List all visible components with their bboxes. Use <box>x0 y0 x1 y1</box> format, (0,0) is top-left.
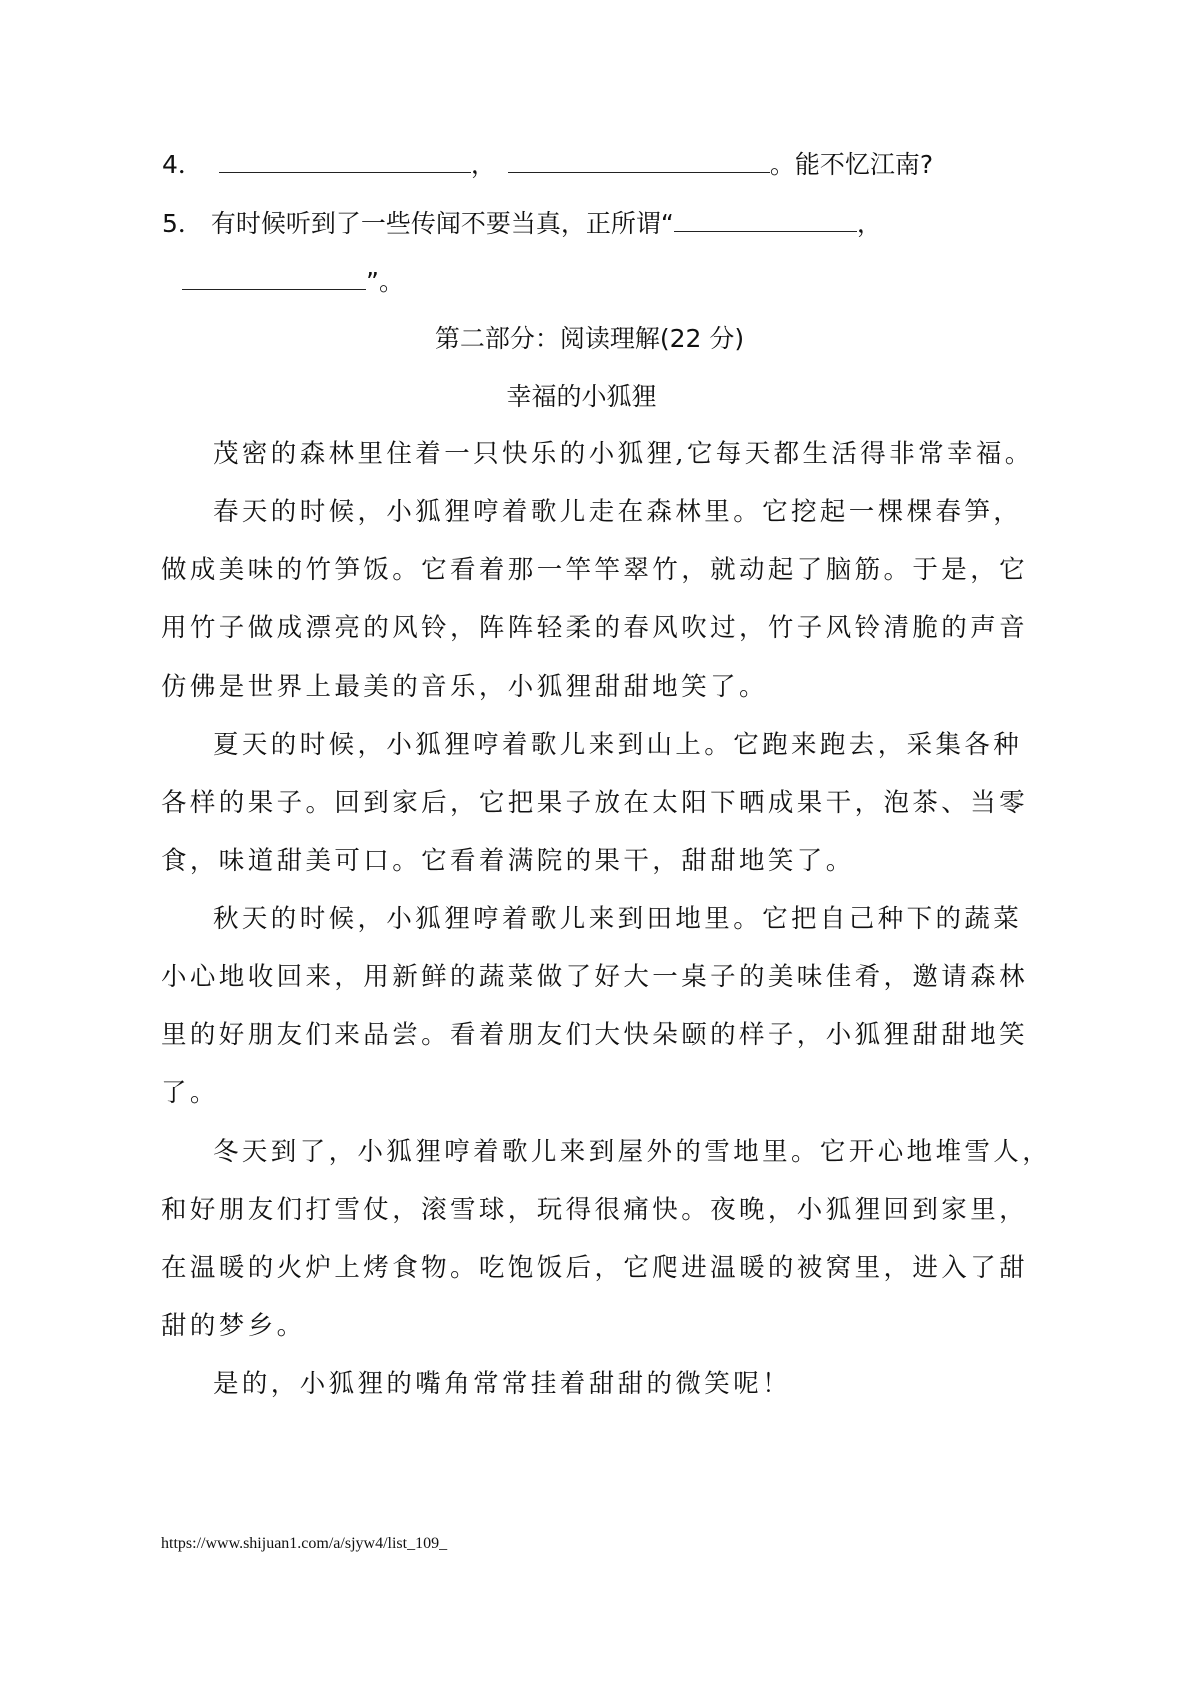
question-number: 4． <box>162 150 203 179</box>
paragraph-line: 春天的时候，小狐狸哼着歌儿走在森林里。它挖起一棵棵春笋， <box>213 495 1022 529</box>
paragraph-line: 了。 <box>161 1076 219 1110</box>
answer-blank[interactable] <box>674 209 857 232</box>
paragraph-line: 小心地收回来，用新鲜的蔬菜做了好大一桌子的美味佳肴，邀请森林 <box>161 960 1028 994</box>
closing-quote: ”。 <box>366 267 404 296</box>
paragraph-line: 各样的果子。回到家后，它把果子放在太阳下晒成果干，泡茶、当零 <box>161 786 1028 820</box>
punctuation: ， <box>471 150 496 179</box>
paragraph-line: 仿佛是世界上最美的音乐，小狐狸甜甜地笑了。 <box>161 670 768 704</box>
paragraph-line: 里的好朋友们来品尝。看着朋友们大快朵颐的样子，小狐狸甜甜地笑 <box>161 1018 1028 1052</box>
paragraph-line: 甜的梦乡。 <box>161 1309 306 1343</box>
paragraph-line: 冬天到了，小狐狸哼着歌儿来到屋外的雪地里。它开心地堆雪人， <box>213 1135 1051 1169</box>
footer-url: https://www.shijuan1.com/a/sjyw4/list_10… <box>161 1534 447 1554</box>
paragraph-line: 秋天的时候，小狐狸哼着歌儿来到田地里。它把自己种下的蔬菜 <box>213 902 1022 936</box>
answer-blank[interactable] <box>219 150 471 173</box>
answer-blank[interactable] <box>508 150 770 173</box>
question-5: 5． 有时候听到了一些传闻不要当真，正所谓“， <box>162 207 882 241</box>
paragraph-line: 夏天的时候，小狐狸哼着歌儿来到山上。它跑来跑去，采集各种 <box>213 728 1022 762</box>
answer-blank[interactable] <box>182 267 366 290</box>
punctuation: ， <box>857 209 882 238</box>
article-title: 幸福的小狐狸 <box>0 380 1177 414</box>
question-text: 有时候听到了一些传闻不要当真，正所谓“ <box>211 209 674 238</box>
question-suffix: 。能不忆江南? <box>770 150 933 179</box>
question-number: 5． <box>162 209 203 238</box>
question-5-continued: ”。 <box>182 265 404 299</box>
paragraph-line: 在温暖的火炉上烤食物。吃饱饭后，它爬进温暖的被窝里，进入了甜 <box>161 1251 1028 1285</box>
paragraph-line: 用竹子做成漂亮的风铃，阵阵轻柔的春风吹过，竹子风铃清脆的声音 <box>161 611 1028 645</box>
section-title: 第二部分：阅读理解(22 分) <box>0 322 1185 356</box>
paragraph-line: 是的，小狐狸的嘴角常常挂着甜甜的微笑呢！ <box>213 1367 791 1401</box>
paragraph-line: 茂密的森林里住着一只快乐的小狐狸,它每天都生活得非常幸福。 <box>213 437 1034 471</box>
paragraph-line: 做成美味的竹笋饭。它看着那一竿竿翠竹，就动起了脑筋。于是，它 <box>161 553 1028 587</box>
paragraph-line: 食，味道甜美可口。它看着满院的果干，甜甜地笑了。 <box>161 844 855 878</box>
paragraph-line: 和好朋友们打雪仗，滚雪球，玩得很痛快。夜晚，小狐狸回到家里， <box>161 1193 1028 1227</box>
question-4: 4． ， 。能不忆江南? <box>162 148 933 182</box>
